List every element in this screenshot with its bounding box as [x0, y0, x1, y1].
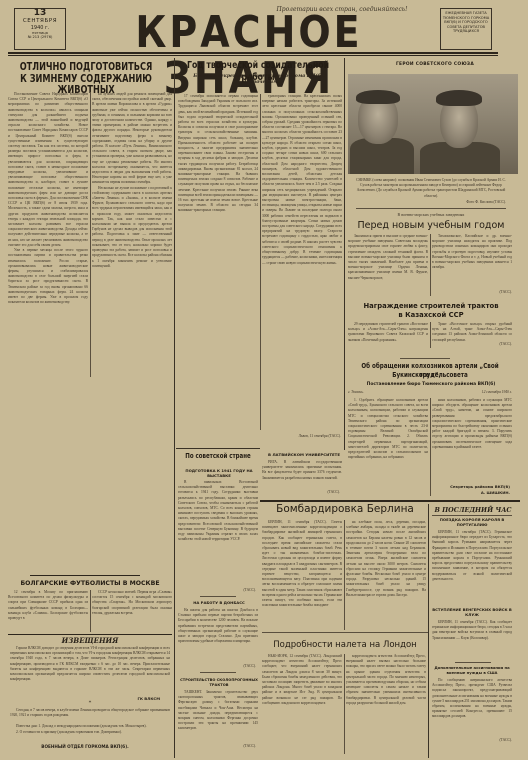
- column-divider: [344, 654, 345, 754]
- section-rule: [8, 634, 172, 635]
- naval-col2: Тихоокеанское, Каспийское и др. военно-м…: [432, 234, 512, 286]
- latvian-university-headline: В ЛАТВИЙСКОМ УНИВЕРСИТЕТЕ: [264, 452, 344, 457]
- item-rule: [455, 662, 491, 663]
- last-hour-rubric: В ПОСЛЕДНИЙ ЧАС: [432, 506, 514, 514]
- us-military-text: По сообщению американского агентства Асс…: [432, 678, 512, 736]
- king-carol-headline: ПОЕЗДКА КОРОЛЯ КАРОЛЯ В ПОРТУГАЛИЮ: [432, 518, 512, 528]
- column-divider: [430, 322, 431, 348]
- appeal-col1: 1. Одобрить обращение колхозников артели…: [348, 398, 428, 496]
- donbass-headline: НА РАБОТУ В ДОНБАСС: [180, 600, 258, 605]
- column-divider: [430, 234, 431, 296]
- football-col1: 12 сентября в Москву по приглашению Всес…: [8, 590, 88, 632]
- king-carol-text: БЕРЛИН, 11 сентября (ТАСС). Германское и…: [432, 530, 512, 604]
- cattle-roads-source: (ТАСС).: [178, 744, 256, 750]
- heroes-photo: [348, 74, 518, 174]
- london-headline: Подробности налета на Лондон: [262, 640, 428, 651]
- column-divider: [430, 398, 431, 496]
- masthead-rule: [8, 52, 498, 54]
- london-col2: корреспондента агентства Ассошиэйтед Пре…: [346, 654, 426, 754]
- column-divider: [90, 92, 91, 377]
- newspaper-title: КРАСНОЕ ЗНАМЯ: [88, 9, 410, 55]
- date-month: СЕНТЯБРЯ: [15, 18, 65, 25]
- kazakh-col2: Тракт «Восточное кольцо» открыл удобный …: [432, 322, 512, 342]
- appeal-signature-name: А. ШИШКИН.: [432, 490, 510, 495]
- page-divider-2: [344, 58, 345, 450]
- berlin-col2: на хлебные поля, леса, деревни, посадки,…: [346, 520, 426, 630]
- notice-agenda-2: 2. О готовности к призыву (докладчик гор…: [10, 730, 170, 736]
- notices-headline: ИЗВЕЩЕНИЯ: [8, 636, 172, 645]
- item-rule: [200, 672, 236, 673]
- kazakh-col1: 29 передовиков строителей трактов «Восто…: [348, 322, 428, 348]
- date-day: 13: [15, 9, 65, 18]
- item-rule: [200, 596, 236, 597]
- livestock-headline-1: ОТЛИЧНО ПОДГОТОВИТЬСЯ: [11, 62, 161, 73]
- kazakh-headline-1: Награждение строителей трактов: [346, 302, 516, 310]
- cattle-roads-text: ТАШКЕНТ. Закончено строительство двух ск…: [178, 690, 258, 742]
- notice-komsomol: Горком ВЛКСМ доводит до сведения делегат…: [10, 646, 170, 692]
- anniversary-col2: тракторных станции. На крестьянских поля…: [262, 94, 342, 430]
- hero-left-hair: [356, 90, 400, 104]
- notice-komsomol-sign: ГК ВЛКСМ: [100, 696, 160, 701]
- notice-recruits-sign: ВОЕННЫЙ ОТДЕЛ ГОРКОМА ВКП(б).: [20, 744, 150, 749]
- notice-separator: *: [80, 700, 100, 706]
- exhibition-headline: ПОДГОТОВКА К 1941 ГОДУ НА ВЫСТАВКЕ: [180, 468, 258, 478]
- naval-headline: Перед новым учебным годом: [346, 220, 516, 232]
- berlin-headline: Бомбардировка Берлина: [262, 503, 428, 516]
- hungarian-troops-text: БЕРЛИН, 11 сентября (ТАСС). Как сообщает…: [432, 620, 512, 650]
- exhibition-source: (ТАСС).: [178, 588, 256, 594]
- us-military-headline: Дополнительные ассигнования на военные н…: [432, 666, 512, 676]
- appeal-col2: ниях колхозников, рабочих и служащих МТС…: [432, 398, 512, 476]
- section-rule: [176, 448, 260, 449]
- appeal-place: г. Тюмень.: [348, 390, 388, 396]
- hungarian-troops-headline: ВСТУПЛЕНИЕ ВЕНГЕРСКИХ ВОЙСК В КЛУЖ: [432, 608, 512, 618]
- column-divider: [90, 590, 91, 632]
- masthead-rule-thin: [8, 55, 498, 56]
- donbass-text: На шахты для работы на шахтах Донбасса в…: [178, 608, 258, 662]
- appeal-date: 12 сентября 1940 г.: [450, 390, 512, 396]
- berlin-col1: БЕРЛИН, 11 сентября (ТАСС). Газеты помещ…: [262, 520, 342, 630]
- kazakh-source: (ТАСС).: [472, 342, 512, 348]
- cattle-roads-headline: СТРОИТЕЛЬСТВО СКОЛОПРОГОННЫХ ТРАКТОВ: [180, 678, 258, 687]
- latvian-university-text: РИГА. В латвийском государственном униве…: [262, 460, 342, 488]
- section-rule: [356, 208, 506, 209]
- london-col1: НЬЮ-ЙОРК, 12 сентября (ТАСС). Лондонский…: [262, 654, 342, 754]
- football-headline: БОЛГАРСКИЕ ФУТБОЛИСТЫ В МОСКВЕ: [8, 580, 172, 588]
- date-box: 13 СЕНТЯБРЯ 1940 г. пятница № 213 (2976): [14, 8, 66, 50]
- page-divider-3: [428, 504, 429, 758]
- naval-source: (ТАСС).: [472, 290, 512, 296]
- rubric-underline: [432, 515, 512, 516]
- naval-rubric: В военно-морских учебных заведениях: [356, 212, 506, 218]
- soviet-country-rubric: По советской стране: [177, 452, 258, 461]
- football-col2: СССР несколько матчей. Первая игра «Слав…: [92, 590, 172, 632]
- column-divider: [260, 94, 261, 430]
- donbass-source: (ТАСС).: [178, 664, 256, 670]
- column-divider: [344, 520, 345, 630]
- appeal-subhead: Постановление бюро Тюменского райкома ВК…: [346, 382, 516, 388]
- hero-right-hair: [436, 90, 482, 106]
- naval-col1: Закончился прием в высшие и средние воен…: [348, 234, 428, 296]
- section-rule: [262, 632, 428, 633]
- heroes-photo-credit: Фото Ф. Кислова (ТАСС).: [400, 200, 506, 206]
- appeal-signature-title: Секретарь райкома ВКП(б): [432, 484, 510, 489]
- anniversary-col1: 17 сентября исполняется первая годовщина…: [178, 94, 258, 430]
- livestock-col2: ки лучших людей для ремонта помещений дл…: [92, 92, 172, 377]
- section-rule-thick: [260, 500, 520, 502]
- heroes-title: ГЕРОИ СОВЕТСКОГО СОЮЗА: [355, 62, 515, 68]
- publisher-info: ЕЖЕДНЕВНАЯ ГАЗЕТА ТЮМЕНСКОГО ГОРКОМА ВКП…: [440, 8, 492, 50]
- ornament-rule: [30, 575, 140, 576]
- appeal-headline-2: Букинского сельсовета: [352, 371, 508, 380]
- kazakh-headline-2: в Казахской ССР: [346, 311, 516, 319]
- page-divider-1: [174, 58, 175, 758]
- issue-number: № 213 (2976): [15, 35, 65, 39]
- anniversary-subhead: Беседа с секретарем Львовского обкома КП…: [190, 74, 330, 86]
- notice-recruits: Сегодня, в 7 часов вечера, в клубе имени…: [10, 708, 170, 724]
- anniversary-dateline: Львов, 11 сентября (ТАСС).: [275, 434, 341, 440]
- heroes-caption: СНИМКЕ (слева направо): полковник Иван С…: [356, 178, 506, 200]
- us-military-source: (ТАСС).: [472, 738, 512, 744]
- item-rule: [400, 358, 450, 359]
- latvian-university-source: (ТАСС).: [262, 490, 340, 496]
- newspaper-page: 13 СЕНТЯБРЯ 1940 г. пятница № 213 (2976)…: [0, 0, 528, 760]
- exhibition-text: В павильонах Всесоюзной сельскохозяйстве…: [178, 480, 258, 586]
- livestock-col1: Постановление Совета Народных Комиссаров…: [8, 92, 88, 377]
